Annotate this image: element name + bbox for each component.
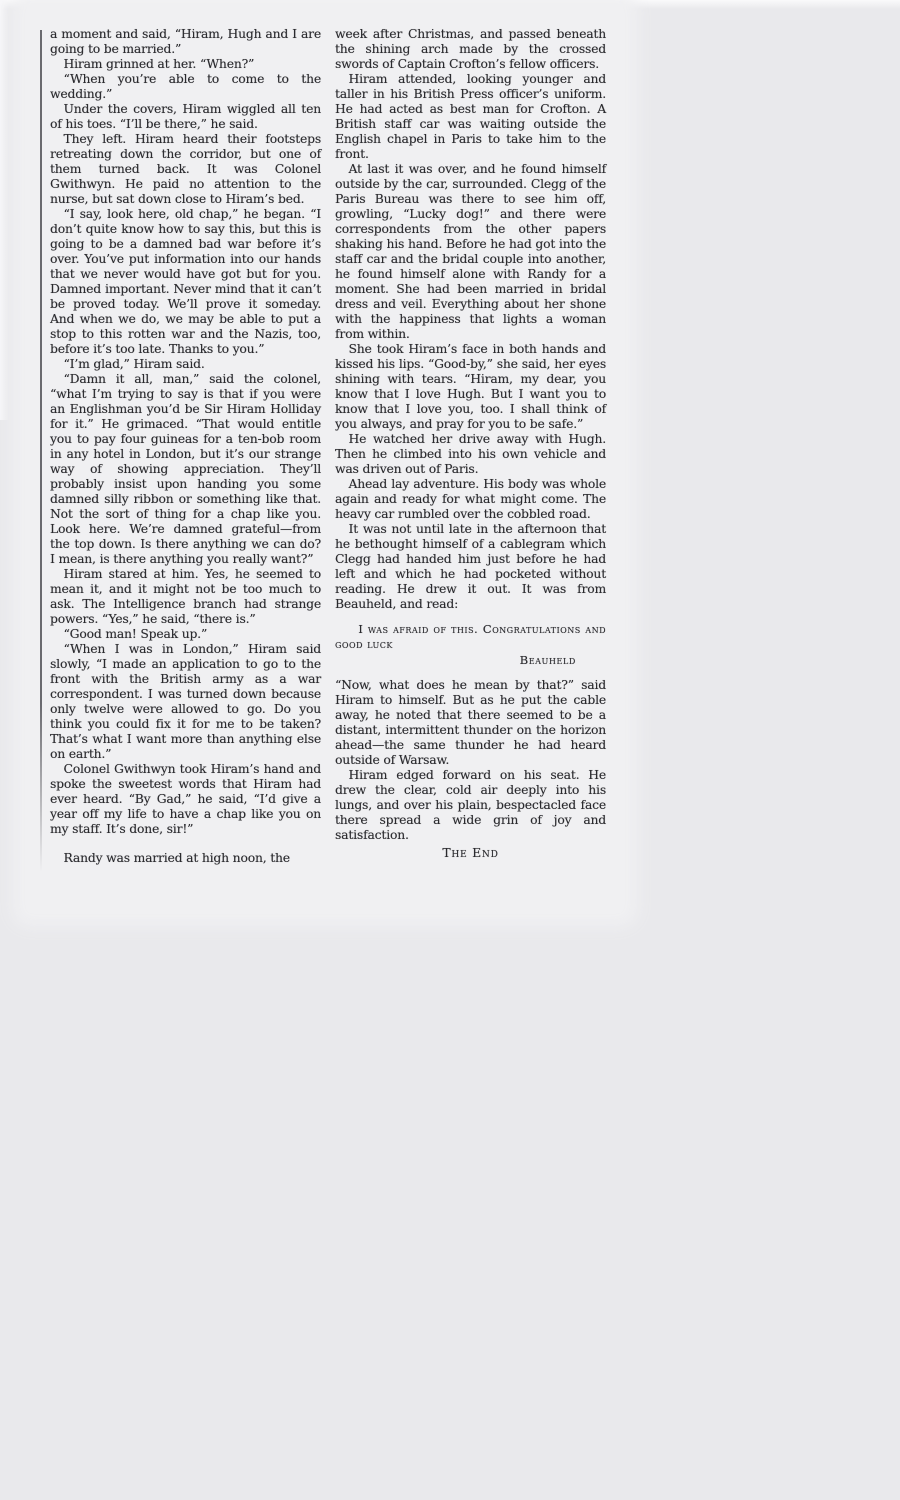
story-paragraph: “Now, what does he mean by that?” said H… <box>335 678 606 768</box>
story-paragraph: It was not until late in the afternoon t… <box>335 522 606 612</box>
page-edge-highlight-left <box>0 0 9 420</box>
story-paragraph: Ahead lay adventure. His body was whole … <box>335 477 606 522</box>
story-paragraph: “When you’re able to come to the wedding… <box>50 72 321 102</box>
story-paragraph: He watched her drive away with Hugh. The… <box>335 432 606 477</box>
story-paragraph: a moment and said, “Hiram, Hugh and I ar… <box>50 27 321 57</box>
story-paragraph: Hiram grinned at her. “When?” <box>50 57 321 72</box>
story-paragraph: The End <box>335 846 606 861</box>
article-column-left: a moment and said, “Hiram, Hugh and I ar… <box>50 27 321 866</box>
story-paragraph: “I say, look here, old chap,” he began. … <box>50 207 321 357</box>
story-paragraph: Colonel Gwithwyn took Hiram’s hand and s… <box>50 762 321 837</box>
scanned-page: a moment and said, “Hiram, Hugh and I ar… <box>0 0 900 1500</box>
story-paragraph: “When I was in London,” Hiram said slowl… <box>50 642 321 762</box>
story-paragraph: They left. Hiram heard their footsteps r… <box>50 132 321 207</box>
story-paragraph: “Damn it all, man,” said the colonel, “w… <box>50 372 321 567</box>
story-paragraph: Beauheld <box>335 653 606 668</box>
story-paragraph: Randy was married at high noon, the <box>50 851 321 866</box>
story-paragraph: “I’m glad,” Hiram said. <box>50 357 321 372</box>
article-columns: a moment and said, “Hiram, Hugh and I ar… <box>50 27 606 866</box>
story-paragraph: Hiram stared at him. Yes, he seemed to m… <box>50 567 321 627</box>
story-paragraph: Hiram attended, looking younger and tall… <box>335 72 606 162</box>
story-paragraph: “Good man! Speak up.” <box>50 627 321 642</box>
story-paragraph: At last it was over, and he found himsel… <box>335 162 606 342</box>
story-paragraph: Under the covers, Hiram wiggled all ten … <box>50 102 321 132</box>
story-paragraph: Hiram edged forward on his seat. He drew… <box>335 768 606 843</box>
story-paragraph: She took Hiram’s face in both hands and … <box>335 342 606 432</box>
story-paragraph: week after Christmas, and passed beneath… <box>335 27 606 72</box>
article-column-right: week after Christmas, and passed beneath… <box>335 27 606 866</box>
story-paragraph: I was afraid of this. Congratulations an… <box>335 622 606 652</box>
left-column-rule <box>40 30 42 872</box>
